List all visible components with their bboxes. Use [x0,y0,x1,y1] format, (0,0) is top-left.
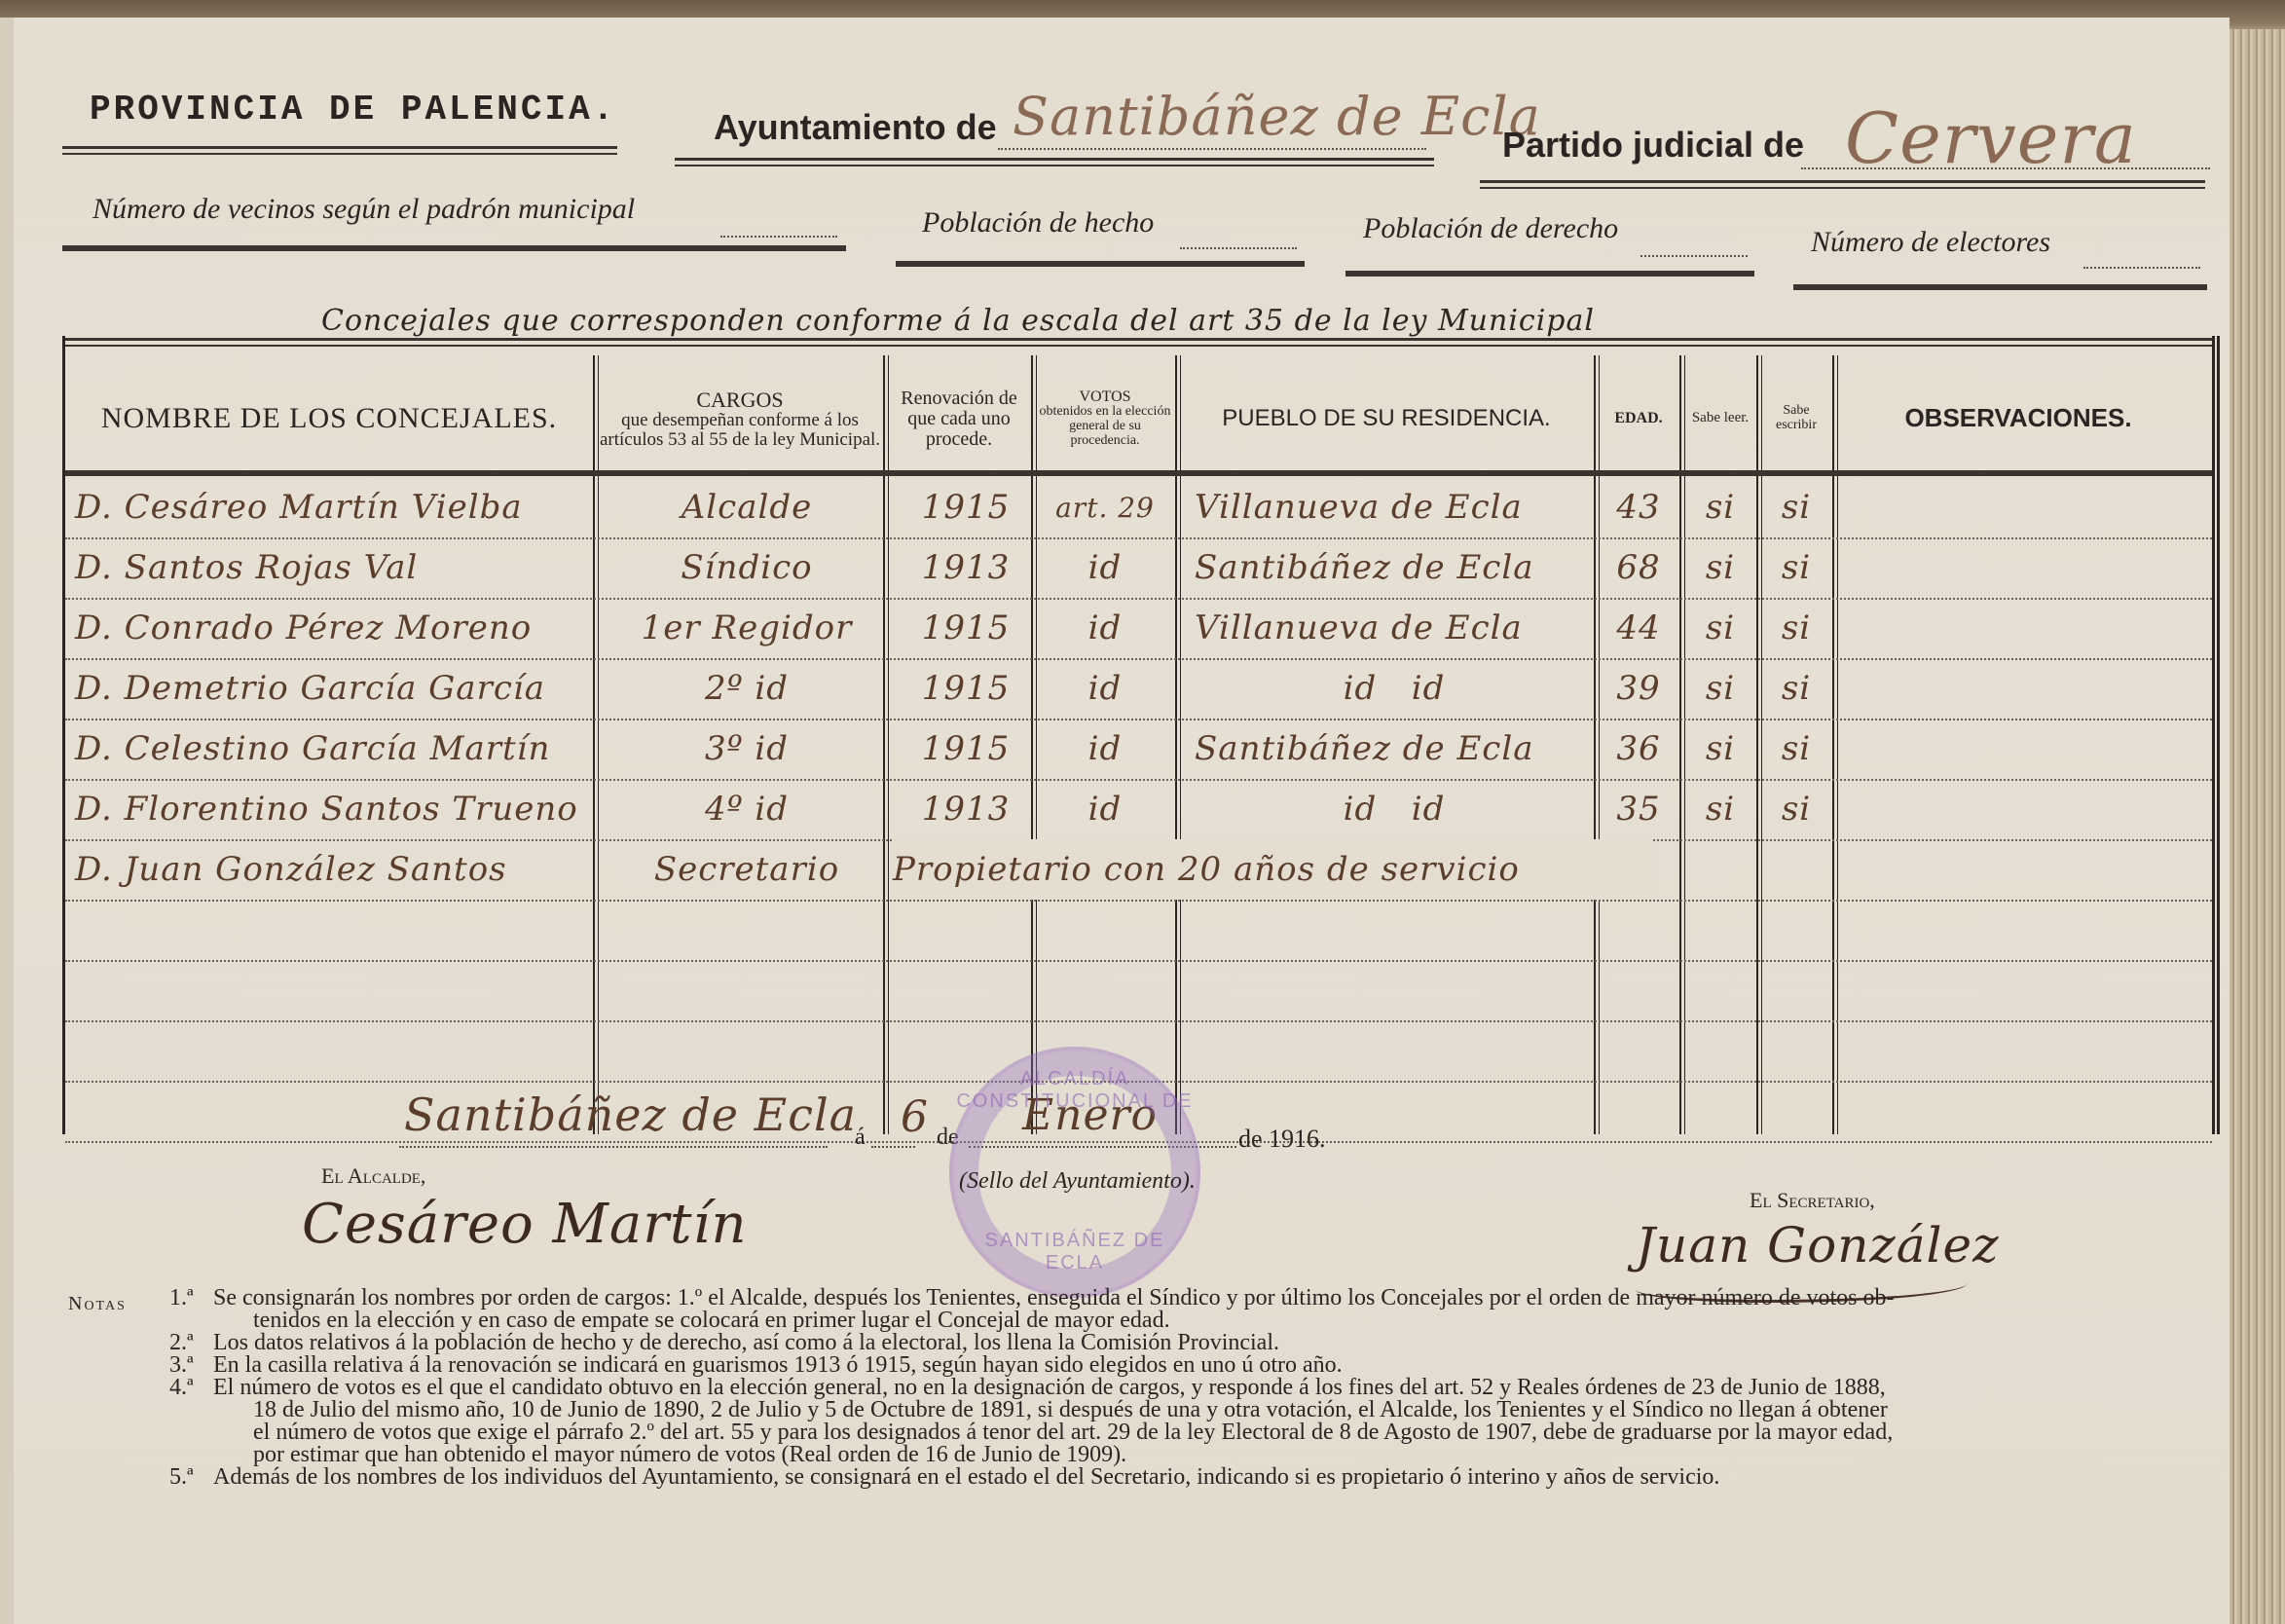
note-continuation: 18 de Julio del mismo año, 10 de Junio d… [68,1399,2210,1421]
cell-votos: id [1037,779,1173,839]
cell-escribir: si [1762,537,1830,598]
table-row-empty [65,960,2212,1022]
header-edad: EDAD. [1600,355,1677,482]
cell-cargo: 1er Regidor [615,598,878,658]
cell-pueblo: Santibáñez de Ecla [1195,719,1594,779]
header-rule [65,470,2212,476]
cell-renovacion: 1915 [903,598,1029,658]
note-number: 3.ª [169,1354,194,1377]
note-item: 1.ª Se consignarán los nombres por orden… [68,1287,2210,1310]
cell-votos: id [1037,719,1173,779]
divider [62,146,617,155]
note-number: 1.ª [169,1287,194,1310]
seal-text-bottom: SANTIBÁÑEZ DE ECLA [953,1230,1197,1274]
cell-pueblo: id id [1195,658,1594,719]
cell-renovacion: 1913 [903,537,1029,598]
header-votos-title: VOTOS [1079,389,1130,406]
header-votos: VOTOS obtenidos en la elección general d… [1037,355,1173,482]
table-row: D. Cesáreo Martín Vielba Alcalde 1915 ar… [65,477,2212,539]
province-title: PROVINCIA DE PALENCIA. [90,90,616,129]
table-row: D. Conrado Pérez Moreno 1er Regidor 1915… [65,598,2212,660]
table-top-rule [65,338,2212,347]
cell-renovacion: 1913 [903,779,1029,839]
note-continuation: tenidos en la elección y en caso de empa… [68,1310,2210,1332]
year-label: de 1916. [1238,1125,1326,1154]
cell-renovacion: 1915 [903,658,1029,719]
note-item: 3.ª En la casilla relativa á la renovaci… [68,1354,2210,1377]
cell-edad: 68 [1600,537,1677,598]
cell-leer: si [1685,779,1755,839]
cell-edad: 36 [1600,719,1677,779]
book-page-edges [2230,29,2285,1624]
header-cargos-title: CARGOS [696,388,783,411]
place-field-line [399,1144,828,1148]
note-text: Además de los nombres de los individuos … [213,1464,1719,1490]
cell-edad: 39 [1600,658,1677,719]
header-cargos-sub: que desempeñan conforme á los artículos … [599,411,881,450]
note-item: 5.ª Además de los nombres de los individ… [68,1466,2210,1489]
electores-field-line [2083,265,2200,269]
alcalde-label: El Alcalde, [321,1163,425,1189]
sello-label: (Sello del Ayuntamiento). [959,1168,1196,1195]
electores-label: Número de electores [1811,226,2050,259]
table-row-empty [65,900,2212,962]
cell-pueblo: Santibáñez de Ecla [1195,537,1594,598]
concejales-caption: Concejales que corresponden conforme á l… [321,304,1595,338]
cell-nombre: D. Celestino García Martín [75,719,586,779]
divider [1793,284,2207,290]
header-observaciones: OBSERVACIONES. [1838,355,2198,482]
cell-votos: id [1037,658,1173,719]
cell-cargo: 4º id [615,779,878,839]
cell-votos: id [1037,598,1173,658]
note-item: 4.ª El número de votos es el que el cand… [68,1377,2210,1399]
poblacion-derecho-field-line [1640,253,1748,257]
note-continuation: el número de votos que exige el párrafo … [68,1421,2210,1444]
cell-cargo: 3º id [615,719,878,779]
table-row: D. Celestino García Martín 3º id 1915 id… [65,719,2212,781]
notes-section: Notas 1.ª Se consignarán los nombres por… [68,1287,2210,1489]
poblacion-derecho-label: Población de derecho [1363,212,1618,245]
cell-votos: id [1037,537,1173,598]
place-value: Santibáñez de Ecla [404,1089,857,1141]
cell-cargo: Síndico [615,537,878,598]
header-nombre: NOMBRE DE LOS CONCEJALES. [65,355,593,482]
cell-leer: si [1685,477,1755,537]
divider [675,158,1434,166]
note-continuation: por estimar que han obtenido el mayor nú… [68,1444,2210,1466]
header-sabe-leer: Sabe leer. [1685,355,1755,482]
cell-cargo: Secretario [615,839,878,900]
divider [1480,180,2205,189]
header-votos-sub: obtenidos en la elección general de su p… [1037,405,1173,448]
vecinos-label: Número de vecinos según el padrón munici… [92,193,635,226]
header-sabe-escribir: Sabe escribir [1762,355,1830,482]
cell-edad: 44 [1600,598,1677,658]
cell-escribir: si [1762,658,1830,719]
partido-label: Partido judicial de [1502,125,1804,166]
header-renovacion: Renovación de que cada uno procede. [889,355,1029,482]
divider [896,261,1305,267]
cell-nombre: D. Conrado Pérez Moreno [75,598,586,658]
cell-leer: si [1685,598,1755,658]
cell-pueblo: Villanueva de Ecla [1195,477,1594,537]
note-number: 4.ª [169,1377,194,1399]
header-cargos: CARGOS que desempeñan conforme á los art… [599,355,881,482]
cell-edad: 43 [1600,477,1677,537]
note-number: 2.ª [169,1332,194,1354]
cell-pueblo: id id [1195,779,1594,839]
cell-nombre: D. Santos Rojas Val [75,537,586,598]
cell-renovacion: 1915 [903,477,1029,537]
cell-escribir: si [1762,598,1830,658]
table-row: D. Demetrio García García 2º id 1915 id … [65,658,2212,720]
cell-nombre: D. Florentino Santos Trueno [75,779,586,839]
secretario-signature: Juan González [1636,1217,1999,1273]
partido-value: Cervera [1845,97,2137,179]
concejales-table: NOMBRE DE LOS CONCEJALES. CARGOS que des… [62,336,2220,1134]
secretario-label: El Secretario, [1750,1188,1875,1213]
cell-pueblo: Villanueva de Ecla [1195,598,1594,658]
day-value: 6 [901,1092,929,1142]
cell-nombre: D. Juan González Santos [75,839,586,900]
cell-escribir: si [1762,477,1830,537]
cell-cargo: 2º id [615,658,878,719]
cell-leer: si [1685,719,1755,779]
cell-secretario-status: Propietario con 20 años de servicio [893,839,1652,900]
cell-votos: art. 29 [1037,477,1173,537]
seal-text-top: ALCALDÍA CONSTITUCIONAL DE [953,1068,1197,1113]
cell-escribir: si [1762,779,1830,839]
table-row: D. Juan González Santos Secretario Propi… [65,839,2212,902]
cell-nombre: D. Demetrio García García [75,658,586,719]
cell-cargo: Alcalde [615,477,878,537]
table-row: D. Santos Rojas Val Síndico 1913 id Sant… [65,537,2212,600]
cell-edad: 35 [1600,779,1677,839]
a-label: á [855,1125,866,1151]
divider [1345,271,1754,277]
cell-leer: si [1685,658,1755,719]
table-row: D. Florentino Santos Trueno 4º id 1913 i… [65,779,2212,841]
ayuntamiento-value: Santibáñez de Ecla [1013,86,1541,147]
ayuntamiento-label: Ayuntamiento de [714,107,997,148]
cell-leer: si [1685,537,1755,598]
divider [62,245,846,251]
cell-renovacion: 1915 [903,719,1029,779]
alcalde-signature: Cesáreo Martín [302,1193,748,1256]
note-item: 2.ª Los datos relativos á la población d… [68,1332,2210,1354]
cell-escribir: si [1762,719,1830,779]
poblacion-hecho-label: Población de hecho [922,206,1154,240]
vecinos-field-line [720,234,837,238]
poblacion-hecho-field-line [1180,245,1297,249]
note-number: 5.ª [169,1466,194,1489]
header-pueblo: PUEBLO DE SU RESIDENCIA. [1181,355,1592,482]
day-field-line [871,1144,915,1148]
cell-nombre: D. Cesáreo Martín Vielba [75,477,586,537]
